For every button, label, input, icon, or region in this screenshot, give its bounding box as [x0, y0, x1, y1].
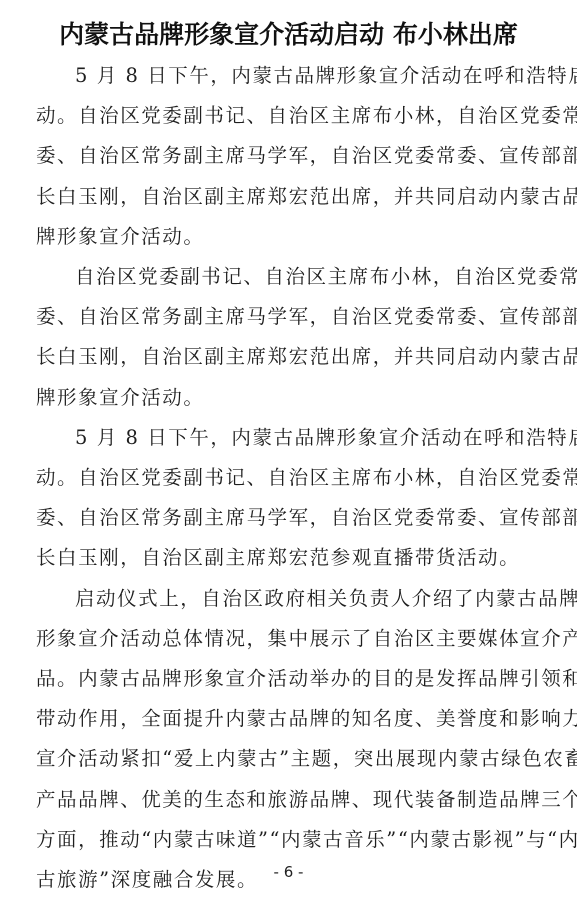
paragraph-line: 自治区党委副书记、自治区主席布小林，自治区党委常 — [36, 257, 544, 297]
paragraph-line: 委、自治区常务副主席马学军，自治区党委常委、宣传部部 — [36, 136, 544, 176]
paragraph-2: 自治区党委副书记、自治区主席布小林，自治区党委常 委、自治区常务副主席马学军，自… — [36, 257, 544, 418]
paragraph-line: 动。自治区党委副书记、自治区主席布小林，自治区党委常 — [36, 458, 544, 498]
paragraph-line: 委、自治区常务副主席马学军，自治区党委常委、宣传部部 — [36, 297, 544, 337]
paragraph-line: 形象宣介活动总体情况，集中展示了自治区主要媒体宣介产 — [36, 619, 544, 659]
paragraph-line: 品。内蒙古品牌形象宣介活动举办的目的是发挥品牌引领和 — [36, 659, 544, 699]
article-body: 5 月 8 日下午，内蒙古品牌形象宣介活动在呼和浩特启 动。自治区党委副书记、自… — [36, 56, 544, 900]
paragraph-line: 启动仪式上，自治区政府相关负责人介绍了内蒙古品牌 — [36, 579, 544, 619]
paragraph-1: 5 月 8 日下午，内蒙古品牌形象宣介活动在呼和浩特启 动。自治区党委副书记、自… — [36, 56, 544, 257]
paragraph-line: 长白玉刚，自治区副主席郑宏范出席，并共同启动内蒙古品 — [36, 177, 544, 217]
paragraph-4: 启动仪式上，自治区政府相关负责人介绍了内蒙古品牌 形象宣介活动总体情况，集中展示… — [36, 579, 544, 901]
paragraph-3: 5 月 8 日下午，内蒙古品牌形象宣介活动在呼和浩特启 动。自治区党委副书记、自… — [36, 418, 544, 579]
paragraph-line: 长白玉刚，自治区副主席郑宏范出席，并共同启动内蒙古品 — [36, 337, 544, 377]
paragraph-line: 动。自治区党委副书记、自治区主席布小林，自治区党委常 — [36, 96, 544, 136]
page-number: - 6 - — [0, 862, 577, 882]
paragraph-line: 长白玉刚，自治区副主席郑宏范参观直播带货活动。 — [36, 538, 544, 578]
paragraph-line: 方面，推动“内蒙古味道”“内蒙古音乐”“内蒙古影视”与“内蒙 — [36, 820, 544, 860]
paragraph-line: 委、自治区常务副主席马学军，自治区党委常委、宣传部部 — [36, 498, 544, 538]
paragraph-line: 牌形象宣介活动。 — [36, 378, 544, 418]
paragraph-line: 牌形象宣介活动。 — [36, 217, 544, 257]
paragraph-line: 产品品牌、优美的生态和旅游品牌、现代装备制造品牌三个 — [36, 780, 544, 820]
paragraph-line: 5 月 8 日下午，内蒙古品牌形象宣介活动在呼和浩特启 — [36, 418, 544, 458]
paragraph-line: 宣介活动紧扣“爱上内蒙古”主题，突出展现内蒙古绿色农畜 — [36, 739, 544, 779]
document-page: 内蒙古品牌形象宣介活动启动 布小林出席 5 月 8 日下午，内蒙古品牌形象宣介活… — [0, 0, 577, 924]
article-title: 内蒙古品牌形象宣介活动启动 布小林出席 — [0, 18, 577, 52]
paragraph-line: 5 月 8 日下午，内蒙古品牌形象宣介活动在呼和浩特启 — [36, 56, 544, 96]
paragraph-line: 带动作用，全面提升内蒙古品牌的知名度、美誉度和影响力。 — [36, 699, 544, 739]
